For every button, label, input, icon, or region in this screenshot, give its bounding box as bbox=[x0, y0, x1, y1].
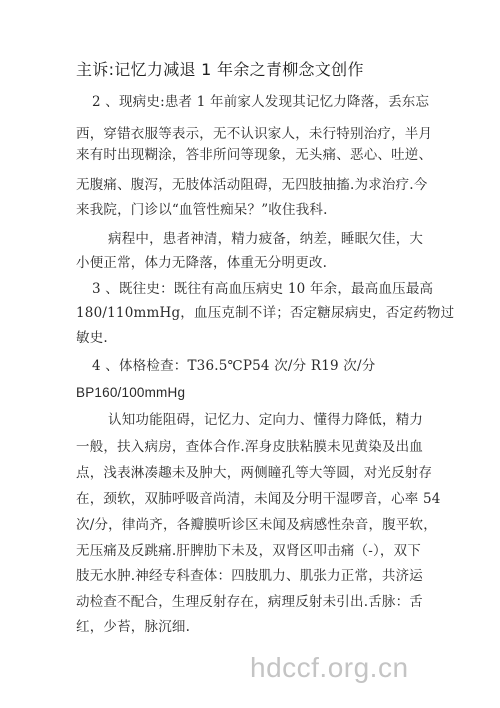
paragraph-line: 2 、现病史:患者 1 年前家人发现其记忆力降落，丢东忘 bbox=[92, 93, 429, 111]
paragraph-line: 病程中，患者神清，精力疲备，纳差，睡眠欠佳，大 bbox=[108, 230, 423, 248]
paragraph-line: 180/110mmHg，血压克制不详；否定糖尿病史，否定药物过 bbox=[76, 304, 454, 322]
paragraph-line: 西，穿错衣服等表示，无不认识家人，未行特别治疗，半月 bbox=[76, 125, 432, 143]
paragraph-line: 无腹痛、腹泻，无肢体活动阻碍，无四肢抽搐.为求治疗.今 bbox=[76, 176, 427, 194]
paragraph-line: 来我院，门诊以“血管性痴呆？”收住我科. bbox=[76, 201, 328, 219]
paragraph-line: 动检查不配合，生理反射存在，病理反射未引出.舌脉：舌 bbox=[76, 593, 423, 611]
paragraph-line: 红，少苔，脉沉细. bbox=[76, 618, 190, 636]
document-title: 主诉:记忆力减退 1 年余之青柳念文创作 bbox=[76, 61, 364, 79]
paragraph-line: BP160/100mmHg bbox=[76, 384, 185, 402]
paragraph-line: 来有时出现糊涂，答非所问等现象，无头痛、恶心、吐逆、 bbox=[76, 146, 432, 164]
paragraph-line: 一般，扶入病房，查体合作.浑身皮肤粘膜未见黄染及出血 bbox=[76, 438, 423, 456]
paragraph-line: 敏史. bbox=[76, 329, 108, 347]
document-page: 主诉:记忆力减退 1 年余之青柳念文创作 2 、现病史:患者 1 年前家人发现其… bbox=[0, 0, 500, 708]
watermark-text: hdccf.org.cn bbox=[250, 652, 409, 684]
paragraph-line: 次/分，律尚齐，各瓣膜听诊区未闻及病感性杂音，腹平软， bbox=[76, 516, 437, 534]
paragraph-line: 无压痛及反跳痛.肝脾肋下未及，双肾区叩击痛（-），双下 bbox=[76, 542, 421, 560]
paragraph-line: 4 、体格检查：T36.5℃P54 次/分 R19 次/分 bbox=[92, 357, 375, 375]
paragraph-line: 在，颈软，双肺呼吸音尚清，未闻及分明干湿啰音，心率 54 bbox=[76, 490, 441, 508]
paragraph-line: 小便正常，体力无降落，体重无分明更改. bbox=[76, 254, 327, 272]
paragraph-line: 3 、既往史：既往有高血压病史 10 年余，最高血压最高 bbox=[92, 280, 433, 298]
paragraph-line: 认知功能阻碍，记忆力、定向力、懂得力降低，精力 bbox=[108, 411, 423, 429]
paragraph-line: 肢无水肿.神经专科查体：四肢肌力、肌张力正常，共济运 bbox=[76, 567, 423, 585]
paragraph-line: 点，浅表淋凑趣未及肿大，两侧瞳孔等大等圆，对光反射存 bbox=[76, 464, 432, 482]
